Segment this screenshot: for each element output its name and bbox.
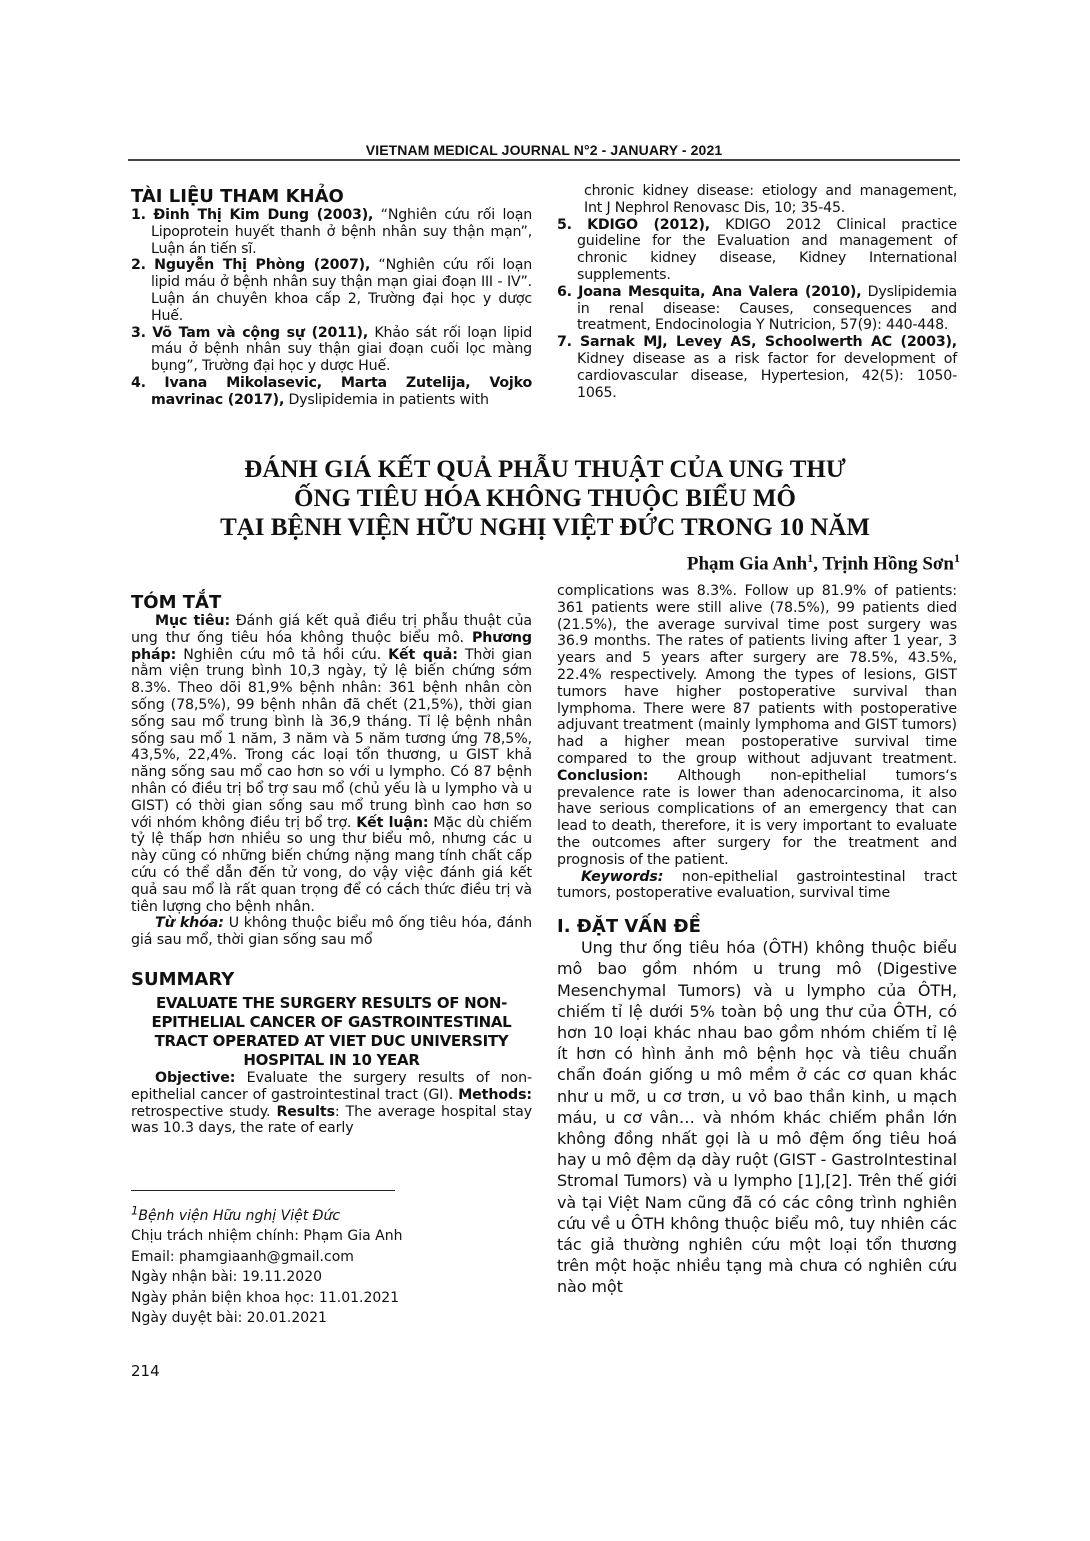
references-right: chronic kidney disease: etiology and man… bbox=[557, 183, 957, 401]
introduction-body: Ung thư ống tiêu hóa (ÔTH) không thuộc b… bbox=[557, 937, 957, 1297]
footnote-divider bbox=[131, 1190, 395, 1191]
affiliation-marker: 1 bbox=[954, 551, 960, 565]
abstract-keywords: Từ khóa: U không thuộc biểu mô ống tiêu … bbox=[131, 915, 532, 949]
accepted-date: Ngày duyệt bài: 20.01.2021 bbox=[131, 1308, 403, 1329]
abstract-column-right: complications was 8.3%. Follow up 81.9% … bbox=[557, 583, 957, 1298]
title-line: ỐNG TIÊU HÓA KHÔNG THUỘC BIỂU MÔ bbox=[130, 484, 960, 513]
summary-keywords: Keywords: non-epithelial gastrointestina… bbox=[557, 869, 957, 903]
author-name: Phạm Gia Anh bbox=[687, 553, 807, 574]
header-divider bbox=[128, 159, 960, 161]
author-separator: , bbox=[813, 553, 822, 574]
reference-item: 7. Sarnak MJ, Levey AS, Schoolwerth AC (… bbox=[557, 334, 957, 401]
reference-item: 4. Ivana Mikolasevic, Marta Zutelija, Vo… bbox=[131, 375, 532, 409]
reference-item: 1. Đinh Thị Kim Dung (2003), “Nghiên cứu… bbox=[131, 207, 532, 257]
reference-authors: Võ Tam và cộng sự (2011), bbox=[152, 325, 368, 341]
corresponding-author: Chịu trách nhiệm chính: Phạm Gia Anh bbox=[131, 1226, 403, 1247]
abstract-body: Mục tiêu: Đánh giá kết quả điều trị phẫu… bbox=[131, 613, 532, 915]
reference-authors: Đinh Thị Kim Dung (2003), bbox=[153, 207, 373, 223]
summary-body-right: complications was 8.3%. Follow up 81.9% … bbox=[557, 583, 957, 869]
footnote: 1Bệnh viện Hữu nghị Việt Đức Chịu trách … bbox=[131, 1200, 403, 1329]
reference-item: 6. Joana Mesquita, Ana Valera (2010), Dy… bbox=[557, 284, 957, 334]
affiliation: 1Bệnh viện Hữu nghị Việt Đức bbox=[131, 1200, 403, 1226]
references-left: TÀI LIỆU THAM KHẢO 1. Đinh Thị Kim Dung … bbox=[131, 186, 532, 409]
article-title: ĐÁNH GIÁ KẾT QUẢ PHẪU THUẬT CỦA UNG THƯ … bbox=[130, 455, 960, 542]
abstract-column-left: TÓM TẮT Mục tiêu: Đánh giá kết quả điều … bbox=[131, 592, 532, 1137]
introduction-heading: I. ĐẶT VẤN ĐỀ bbox=[557, 916, 957, 937]
reference-item: 5. KDIGO (2012), KDIGO 2012 Clinical pra… bbox=[557, 217, 957, 284]
journal-page: VIETNAM MEDICAL JOURNAL N°2 - JANUARY - … bbox=[0, 0, 1090, 1541]
reference-authors: Nguyễn Thị Phòng (2007), bbox=[154, 257, 370, 273]
email: Email: phamgiaanh@gmail.com bbox=[131, 1247, 403, 1268]
reference-item: 2. Nguyễn Thị Phòng (2007), “Nghiên cứu … bbox=[131, 257, 532, 324]
reference-authors: Joana Mesquita, Ana Valera (2010), bbox=[578, 284, 861, 300]
abstract-heading: TÓM TẮT bbox=[131, 592, 532, 613]
summary-body-left: Objective: Evaluate the surgery results … bbox=[131, 1070, 532, 1137]
title-line: ĐÁNH GIÁ KẾT QUẢ PHẪU THUẬT CỦA UNG THƯ bbox=[130, 455, 960, 484]
author-name: Trịnh Hồng Sơn bbox=[822, 553, 954, 574]
review-date: Ngày phản biện khoa học: 11.01.2021 bbox=[131, 1288, 403, 1309]
reference-item: 3. Võ Tam và cộng sự (2011), Khảo sát rố… bbox=[131, 325, 532, 375]
received-date: Ngày nhận bài: 19.11.2020 bbox=[131, 1267, 403, 1288]
reference-continuation: chronic kidney disease: etiology and man… bbox=[557, 183, 957, 217]
running-header: VIETNAM MEDICAL JOURNAL N°2 - JANUARY - … bbox=[128, 142, 960, 158]
references-heading: TÀI LIỆU THAM KHẢO bbox=[131, 186, 532, 207]
reference-authors: Sarnak MJ, Levey AS, Schoolwerth AC (200… bbox=[580, 334, 957, 350]
summary-heading: SUMMARY bbox=[131, 969, 532, 990]
title-line: TẠI BỆNH VIỆN HỮU NGHỊ VIỆT ĐỨC TRONG 10… bbox=[130, 513, 960, 542]
summary-title: EVALUATE THE SURGERY RESULTS OF NON-EPIT… bbox=[131, 994, 532, 1070]
article-authors: Phạm Gia Anh1, Trịnh Hồng Sơn1 bbox=[687, 551, 960, 575]
page-number: 214 bbox=[131, 1362, 160, 1380]
reference-authors: KDIGO (2012), bbox=[587, 217, 710, 233]
